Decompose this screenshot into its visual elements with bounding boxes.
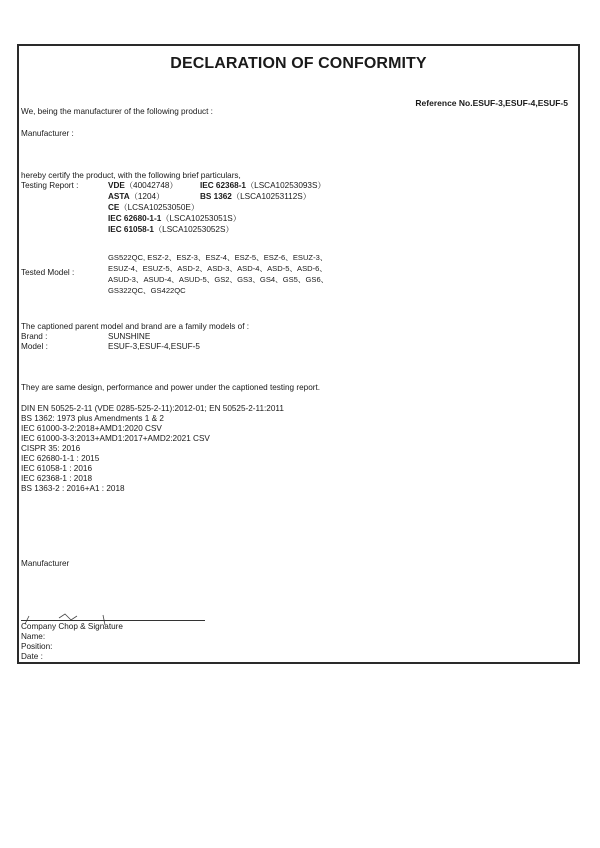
brand-label: Brand :: [21, 332, 47, 342]
position-label: Position:: [21, 642, 52, 652]
company-chop-label: Company Chop & Signature: [21, 622, 123, 632]
document-title: DECLARATION OF CONFORMITY: [19, 55, 578, 73]
intro-text: We, being the manufacturer of the follow…: [21, 107, 213, 117]
date-label: Date :: [21, 652, 43, 662]
name-label: Name:: [21, 632, 45, 642]
report-entry: IEC 62368-1（LSCA10253093S）: [200, 181, 326, 191]
reference-number: Reference No.ESUF-3,ESUF-4,ESUF-5: [415, 98, 568, 108]
report-entry: BS 1362（LSCA10253112S）: [200, 192, 311, 202]
model-label: Model :: [21, 342, 48, 352]
standard-item: IEC 61058-1 : 2016: [21, 464, 92, 474]
standard-item: BS 1362: 1973 plus Amendments 1 & 2: [21, 414, 164, 424]
standard-item: IEC 61000-3-3:2013+AMD1:2017+AMD2:2021 C…: [21, 434, 210, 444]
standard-item: BS 1363-2 : 2016+A1 : 2018: [21, 484, 125, 494]
manufacturer-label: Manufacturer :: [21, 129, 74, 139]
standard-item: CISPR 35: 2016: [21, 444, 80, 454]
tested-model-line: ASUD-3、ASUD-4、ASUD-5、GS2、GS3、GS4、GS5、GS6…: [108, 275, 328, 285]
declaration-frame: DECLARATION OF CONFORMITY Reference No.E…: [17, 44, 580, 664]
standard-item: IEC 62368-1 : 2018: [21, 474, 92, 484]
tested-model-line: ESUZ-4、ESUZ-5、ASD-2、ASD-3、ASD-4、ASD-5、AS…: [108, 264, 327, 274]
standard-item: DIN EN 50525-2-11 (VDE 0285-525-2-11):20…: [21, 404, 284, 414]
report-entry: CE（LCSA10253050E）: [108, 203, 199, 213]
standard-item: IEC 61000-3-2:2018+AMD1:2020 CSV: [21, 424, 162, 434]
report-entry: IEC 62680-1-1（LSCA10253051S）: [108, 214, 241, 224]
same-design-text: They are same design, performance and po…: [21, 383, 320, 393]
model-value: ESUF-3,ESUF-4,ESUF-5: [108, 342, 200, 352]
family-intro: The captioned parent model and brand are…: [21, 322, 249, 332]
brand-value: SUNSHINE: [108, 332, 150, 342]
certify-text: hereby certify the product, with the fol…: [21, 171, 241, 181]
tested-model-label: Tested Model :: [21, 268, 74, 278]
report-entry: VDE（40042748）: [108, 181, 178, 191]
tested-model-line: GS322QC、GS422QC: [108, 286, 186, 296]
manufacturer-signature-heading: Manufacturer: [21, 559, 69, 569]
report-entry: IEC 61058-1（LSCA10253052S）: [108, 225, 234, 235]
standard-item: IEC 62680-1-1 : 2015: [21, 454, 99, 464]
tested-model-line: GS522QC, ESZ-2、ESZ-3、ESZ-4、ESZ-5、ESZ-6、E…: [108, 253, 327, 263]
testing-report-label: Testing Report :: [21, 181, 78, 191]
signature-line: [21, 620, 205, 621]
report-entry: ASTA（1204）: [108, 192, 164, 202]
